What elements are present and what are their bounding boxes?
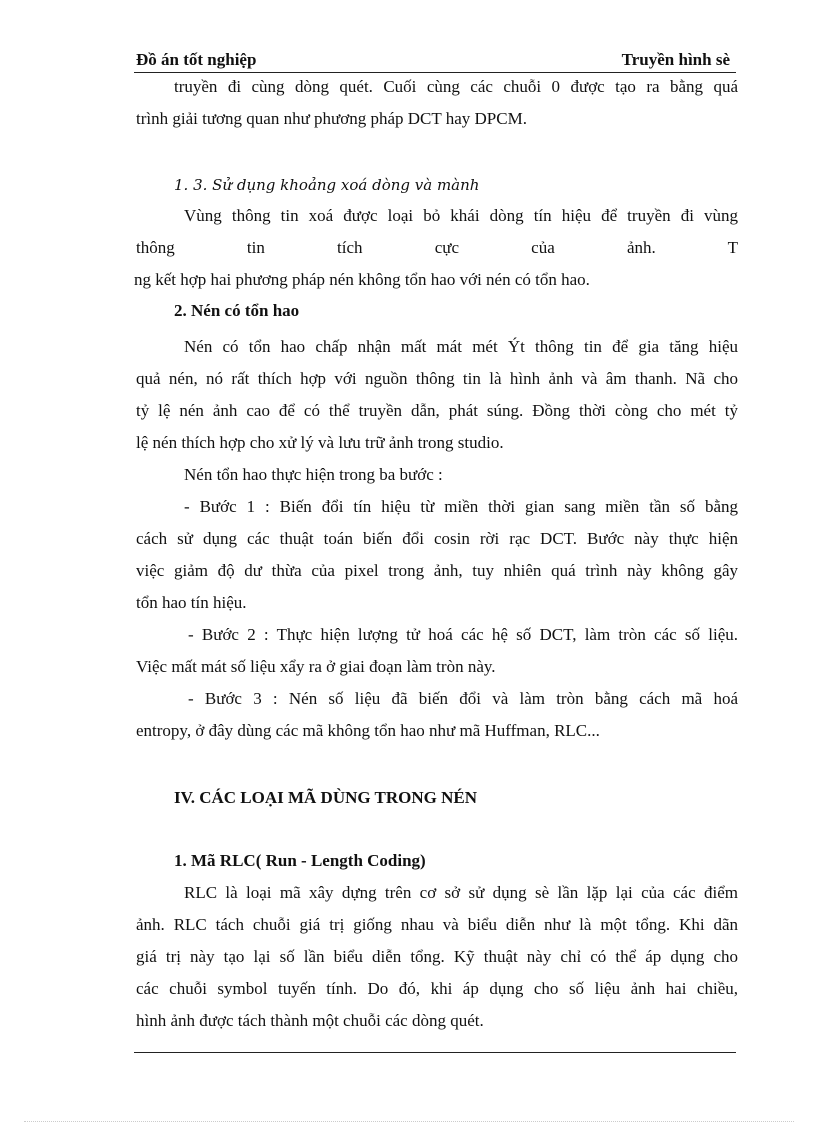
body-line: entropy, ở đây dùng các mã không tổn hao… [136, 720, 738, 742]
header-chapter-title: Truyền hình sè [622, 50, 730, 70]
header-document-title: Đồ án tốt nghiệp [136, 50, 256, 70]
body-line: trình giải tương quan như phương pháp DC… [136, 108, 738, 130]
body-line: lệ nén thích hợp cho xử lý và lưu trữ ản… [136, 432, 738, 454]
body-line: việc giảm độ dư thừa của pixel trong ảnh… [136, 560, 738, 582]
body-line: Nén tổn hao thực hiện trong ba bước : [136, 464, 738, 486]
body-line: tỷ lệ nén ảnh cao để có thể truyền dẫn, … [136, 400, 738, 422]
body-line: Vùng thông tin xoá được loại bỏ khái dòn… [136, 205, 738, 227]
body-line: - Bước 2 : Thực hiện lượng tử hoá các hệ… [136, 624, 738, 646]
footer-rule [134, 1052, 736, 1053]
body-line: tổn hao tín hiệu. [136, 592, 738, 614]
chapter-heading: IV. CÁC LOẠI MÃ DÙNG TRONG NÉN [136, 787, 738, 809]
body-line: ảnh. RLC tách chuỗi giá trị giống nhau v… [136, 914, 738, 936]
body-line: cách sử dụng các thuật toán biến đổi cos… [136, 528, 738, 550]
body-line: ng kết hợp hai phương pháp nén không tổn… [134, 269, 736, 291]
body-line: quả nén, nó rất thích hợp với nguồn thôn… [136, 368, 738, 390]
body-line: các chuỗi symbol tuyến tính. Do đó, khi … [136, 978, 738, 1000]
body-line: - Bước 1 : Biến đổi tín hiệu từ miền thờ… [136, 496, 738, 518]
body-line: RLC là loại mã xây dựng trên cơ sở sử dụ… [136, 882, 738, 904]
body-line: truyền đi cùng dòng quét. Cuối cùng các … [136, 76, 738, 98]
page-header: Đồ án tốt nghiệp Truyền hình sè [134, 50, 736, 73]
section-heading: 1. Mã RLC( Run - Length Coding) [136, 850, 738, 872]
body-line: thông tin tích cực của ảnh. T [136, 237, 738, 259]
body-line: hình ảnh được tách thành một chuỗi các d… [136, 1010, 738, 1032]
body-line: Nén có tổn hao chấp nhận mất mát mét Ýt … [136, 336, 738, 358]
body-line: giá trị này tạo lại số lần biểu diễn tổn… [136, 946, 738, 968]
body-line: - Bước 3 : Nén số liệu đã biến đổi và là… [136, 688, 738, 710]
section-heading: 2. Nén có tổn hao [136, 300, 738, 322]
subsection-heading: 1. 3. Sử dụng khoảng xoá dòng và mành [136, 174, 738, 196]
body-line: Việc mất mát số liệu xẩy ra ở giai đoạn … [136, 656, 738, 678]
page-edge-divider [24, 1121, 794, 1122]
